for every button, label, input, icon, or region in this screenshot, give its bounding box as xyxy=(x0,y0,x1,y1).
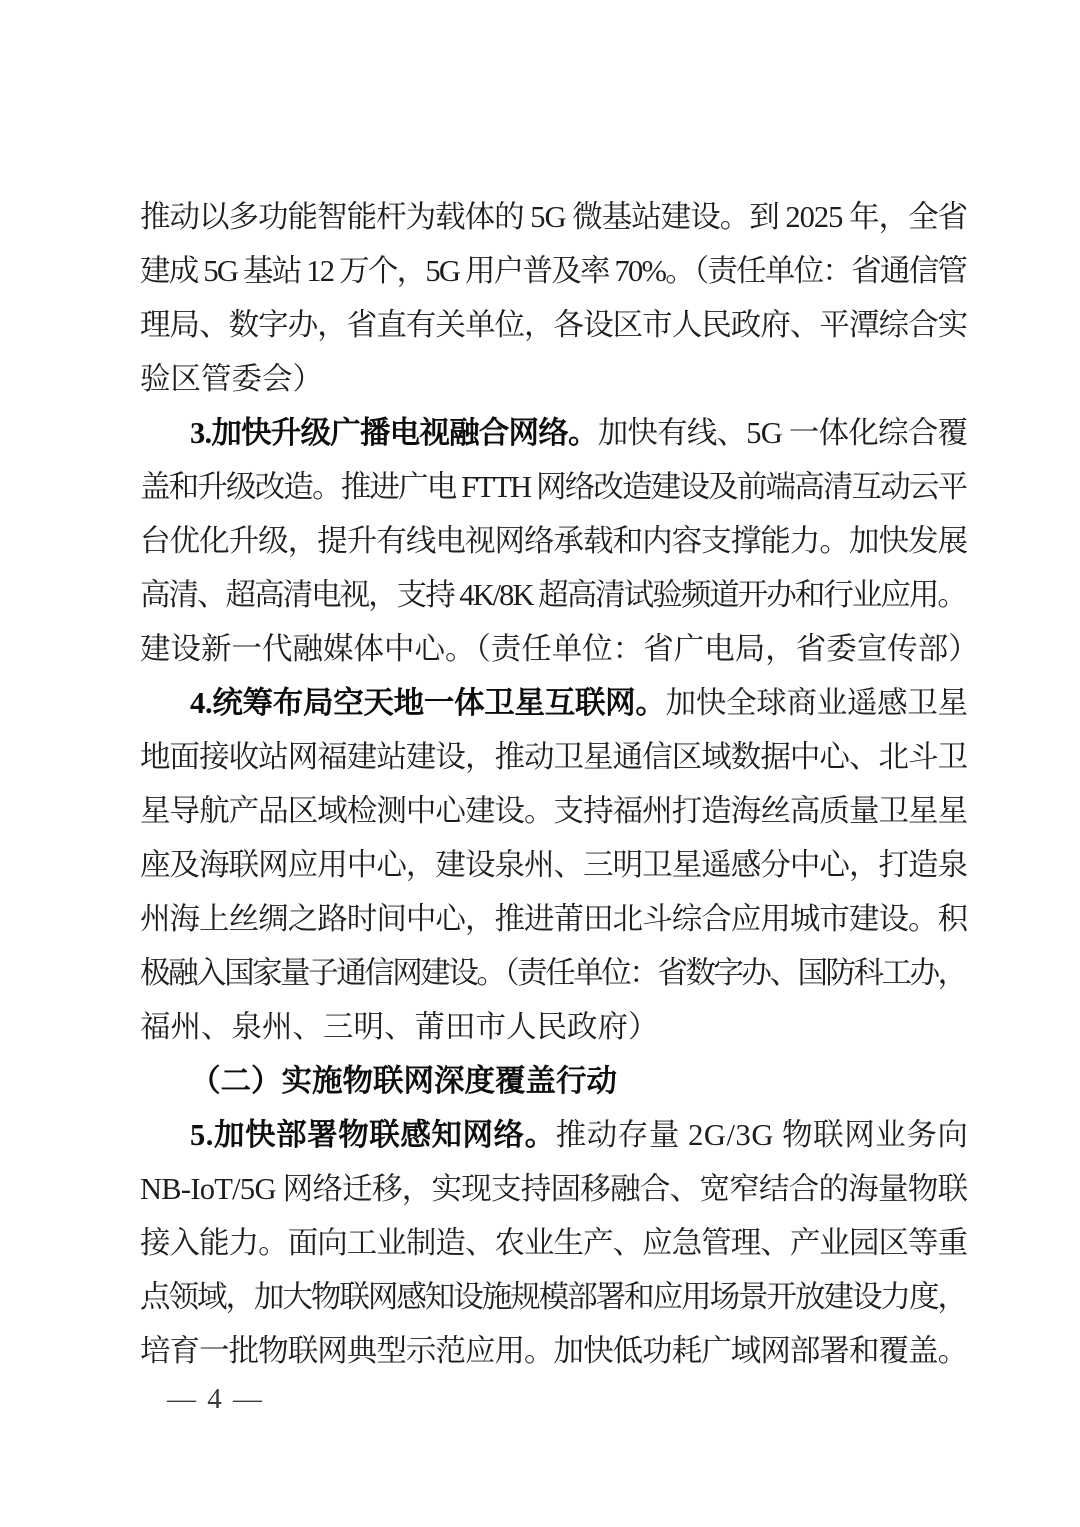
text-line: 盖和升级改造。推进广电 FTTH 网络改造建设及前端高清互动云平 xyxy=(140,460,968,514)
line-content: 4.统筹布局空天地一体卫星互联网。加快全球商业遥感卫星 xyxy=(190,686,968,720)
text-line: 3.加快升级广播电视融合网络。加快有线、5G 一体化综合覆 xyxy=(140,406,968,460)
body-text: 加快全球商业遥感卫星 xyxy=(666,686,968,720)
line-content: 星导航产品区域检测中心建设。支持福州打造海丝高质量卫星星 xyxy=(140,794,967,828)
body-text: 推动存量 2G/3G 物联网业务向 xyxy=(556,1118,969,1152)
line-content: 地面接收站网福建站建设，推动卫星通信区域数据中心、北斗卫 xyxy=(140,740,967,774)
body-text: 加快有线、5G 一体化综合覆 xyxy=(598,416,967,450)
body-text: 州海上丝绸之路时间中心，推进莆田北斗综合应用城市建设。积 xyxy=(140,902,967,936)
line-content: 培育一批物联网典型示范应用。加快低功耗广域网部署和覆盖。 xyxy=(140,1334,967,1368)
body-text: 盖和升级改造。推进广电 FTTH 网络改造建设及前端高清互动云平 xyxy=(140,470,966,504)
line-content: 建成 5G 基站 12 万个，5G 用户普及率 70%。（责任单位：省通信管 xyxy=(140,254,966,288)
document-page: 推动以多功能智能杆为载体的 5G 微基站建设。到 2025 年，全省建成 5G … xyxy=(0,0,1080,1527)
emphasis-text: 3.加快升级广播电视融合网络。 xyxy=(190,416,598,450)
line-content: 5.加快部署物联感知网络。推动存量 2G/3G 物联网业务向 xyxy=(190,1118,968,1152)
line-content: 极融入国家量子通信网建设。（责任单位：省数字办、国防科工办， xyxy=(140,956,966,990)
line-content: 验区管委会） xyxy=(140,362,323,396)
text-line: 点领域，加大物联网感知设施规模部署和应用场景开放建设力度， xyxy=(140,1270,968,1324)
text-line: 理局、数字办，省直有关单位，各设区市人民政府、平潭综合实 xyxy=(140,298,968,352)
text-line: 福州、泉州、三明、莆田市人民政府） xyxy=(140,1000,968,1054)
text-line: 州海上丝绸之路时间中心，推进莆田北斗综合应用城市建设。积 xyxy=(140,892,968,946)
body-text: 极融入国家量子通信网建设。（责任单位：省数字办、国防科工办， xyxy=(140,956,966,990)
text-line: 高清、超高清电视，支持 4K/8K 超高清试验频道开办和行业应用。 xyxy=(140,568,968,622)
line-content: （二）实施物联网深度覆盖行动 xyxy=(190,1064,617,1098)
text-line: 培育一批物联网典型示范应用。加快低功耗广域网部署和覆盖。 xyxy=(140,1324,968,1378)
text-line: 台优化升级，提升有线电视网络承载和内容支撑能力。加快发展 xyxy=(140,514,968,568)
text-line: NB-IoT/5G 网络迁移，实现支持固移融合、宽窄结合的海量物联 xyxy=(140,1162,968,1216)
page-number: — 4 — xyxy=(167,1377,264,1421)
body-text: 座及海联网应用中心，建设泉州、三明卫星遥感分中心，打造泉 xyxy=(140,848,967,882)
line-content: 座及海联网应用中心，建设泉州、三明卫星遥感分中心，打造泉 xyxy=(140,848,967,882)
text-line: 推动以多功能智能杆为载体的 5G 微基站建设。到 2025 年，全省 xyxy=(140,190,968,244)
line-content: NB-IoT/5G 网络迁移，实现支持固移融合、宽窄结合的海量物联 xyxy=(140,1172,967,1206)
line-content: 理局、数字办，省直有关单位，各设区市人民政府、平潭综合实 xyxy=(140,308,967,342)
line-content: 建设新一代融媒体中心。（责任单位：省广电局，省委宣传部） xyxy=(140,632,979,666)
text-line: 5.加快部署物联感知网络。推动存量 2G/3G 物联网业务向 xyxy=(140,1108,968,1162)
body-text: NB-IoT/5G 网络迁移，实现支持固移融合、宽窄结合的海量物联 xyxy=(140,1172,967,1206)
text-line: 座及海联网应用中心，建设泉州、三明卫星遥感分中心，打造泉 xyxy=(140,838,968,892)
line-content: 点领域，加大物联网感知设施规模部署和应用场景开放建设力度， xyxy=(140,1280,966,1314)
text-line: 极融入国家量子通信网建设。（责任单位：省数字办、国防科工办， xyxy=(140,946,968,1000)
text-line: 接入能力。面向工业制造、农业生产、应急管理、产业园区等重 xyxy=(140,1216,968,1270)
text-line: 建设新一代融媒体中心。（责任单位：省广电局，省委宣传部） xyxy=(140,622,968,676)
body-text: 福州、泉州、三明、莆田市人民政府） xyxy=(140,1010,659,1044)
text-line: 验区管委会） xyxy=(140,352,968,406)
emphasis-text: 4.统筹布局空天地一体卫星互联网。 xyxy=(190,686,666,720)
body-text: 地面接收站网福建站建设，推动卫星通信区域数据中心、北斗卫 xyxy=(140,740,967,774)
text-line: 建成 5G 基站 12 万个，5G 用户普及率 70%。（责任单位：省通信管 xyxy=(140,244,968,298)
line-content: 福州、泉州、三明、莆田市人民政府） xyxy=(140,1010,659,1044)
line-content: 台优化升级，提升有线电视网络承载和内容支撑能力。加快发展 xyxy=(140,524,967,558)
body-text: 点领域，加大物联网感知设施规模部署和应用场景开放建设力度， xyxy=(140,1280,966,1314)
emphasis-text: 5.加快部署物联感知网络。 xyxy=(190,1118,556,1152)
text-line: 4.统筹布局空天地一体卫星互联网。加快全球商业遥感卫星 xyxy=(140,676,968,730)
line-content: 州海上丝绸之路时间中心，推进莆田北斗综合应用城市建设。积 xyxy=(140,902,967,936)
line-content: 3.加快升级广播电视融合网络。加快有线、5G 一体化综合覆 xyxy=(190,416,967,450)
body-text: 建成 5G 基站 12 万个，5G 用户普及率 70%。（责任单位：省通信管 xyxy=(140,254,966,288)
body-text: 建设新一代融媒体中心。（责任单位：省广电局，省委宣传部） xyxy=(140,632,979,666)
body-text: 台优化升级，提升有线电视网络承载和内容支撑能力。加快发展 xyxy=(140,524,967,558)
body-text: 推动以多功能智能杆为载体的 5G 微基站建设。到 2025 年，全省 xyxy=(140,200,967,234)
body-text: 理局、数字办，省直有关单位，各设区市人民政府、平潭综合实 xyxy=(140,308,967,342)
body-text: 培育一批物联网典型示范应用。加快低功耗广域网部署和覆盖。 xyxy=(140,1334,967,1368)
body-text: 星导航产品区域检测中心建设。支持福州打造海丝高质量卫星星 xyxy=(140,794,967,828)
text-line: 星导航产品区域检测中心建设。支持福州打造海丝高质量卫星星 xyxy=(140,784,968,838)
body-text: 验区管委会） xyxy=(140,362,323,396)
document-body: 推动以多功能智能杆为载体的 5G 微基站建设。到 2025 年，全省建成 5G … xyxy=(140,190,968,1378)
emphasis-text: （二）实施物联网深度覆盖行动 xyxy=(190,1064,617,1098)
line-content: 推动以多功能智能杆为载体的 5G 微基站建设。到 2025 年，全省 xyxy=(140,200,967,234)
text-line: 地面接收站网福建站建设，推动卫星通信区域数据中心、北斗卫 xyxy=(140,730,968,784)
line-content: 盖和升级改造。推进广电 FTTH 网络改造建设及前端高清互动云平 xyxy=(140,470,966,504)
line-content: 高清、超高清电视，支持 4K/8K 超高清试验频道开办和行业应用。 xyxy=(140,578,966,612)
body-text: 接入能力。面向工业制造、农业生产、应急管理、产业园区等重 xyxy=(140,1226,967,1260)
section-heading: （二）实施物联网深度覆盖行动 xyxy=(140,1054,968,1108)
body-text: 高清、超高清电视，支持 4K/8K 超高清试验频道开办和行业应用。 xyxy=(140,578,966,612)
line-content: 接入能力。面向工业制造、农业生产、应急管理、产业园区等重 xyxy=(140,1226,967,1260)
